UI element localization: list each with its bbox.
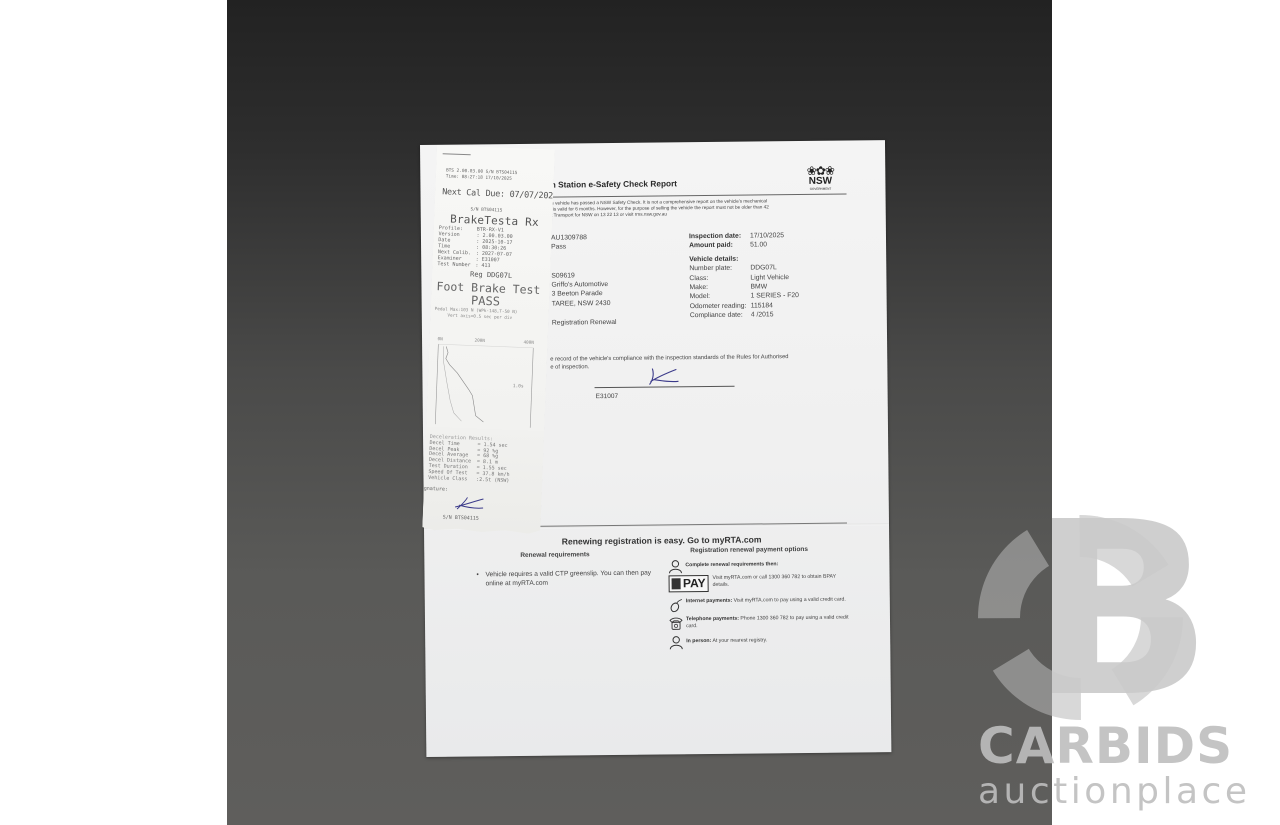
bpay-icon: PAY xyxy=(669,575,709,592)
mouse-icon xyxy=(669,598,683,612)
station-name: Griffo's Automotive xyxy=(551,280,616,290)
intro-paragraph: he vehicle has passed a NSW Safety Check… xyxy=(549,198,849,219)
compliance-statement: e record of the vehicle's compliance wit… xyxy=(550,353,850,372)
signature-mark xyxy=(646,366,682,386)
signature-line xyxy=(595,386,735,388)
test-info: Profile:BTR-RX-V1 Version: 2.00.03.00 Da… xyxy=(437,225,513,270)
requirement-item: Vehicle requires a valid CTP greenslip. … xyxy=(476,570,656,589)
tear-line xyxy=(443,153,471,155)
svg-text:1.0s: 1.0s xyxy=(513,383,524,389)
vehicle-row: Compliance date:4 /2015 xyxy=(690,310,799,321)
test-result: PASS xyxy=(471,293,500,308)
pedal-force-graph: 1.0s xyxy=(431,342,538,431)
station-town: TAREE, NSW 2430 xyxy=(552,299,617,309)
signature-mark xyxy=(453,495,488,512)
renewal-requirements-heading: Renewal requirements xyxy=(520,551,589,559)
deceleration-results: Deceleration Results: Decel Time= 1.54 s… xyxy=(428,435,511,484)
person-icon xyxy=(668,559,682,573)
inspection-details: Inspection date:17/10/2025 Amount paid:5… xyxy=(689,231,799,321)
nsw-government-logo: ❀✿❀ NSW GOVERNMENT xyxy=(800,165,840,191)
examiner-id: E31007 xyxy=(596,393,618,400)
vehicle-row: Class:Light Vehicle xyxy=(689,273,798,284)
inspection-purpose: Registration Renewal xyxy=(552,318,617,328)
watermark-letter: B xyxy=(1030,505,1213,715)
renewal-headline: Renewing registration is easy. Go to myR… xyxy=(424,533,889,548)
report-title: in Station e-Safety Check Report xyxy=(548,178,677,189)
payment-options-heading: Registration renewal payment options xyxy=(690,546,808,554)
next-calibration: Next Cal Due: 07/07/2027 xyxy=(442,187,558,201)
registration: Reg DDG07L xyxy=(470,270,512,280)
person-icon xyxy=(669,635,683,649)
amount-paid: 51.00 xyxy=(750,241,767,251)
telephone-icon xyxy=(669,616,683,630)
inspection-date: 17/10/2025 xyxy=(750,231,784,241)
vehicle-row: Model:1 SERIES - F20 xyxy=(690,291,799,302)
brake-test-receipt: BTS 2.00.03.00 S/N BTS04115 Time: 08:27:… xyxy=(422,145,555,534)
station-details: AU1309788 Pass S09619 Griffo's Automotiv… xyxy=(551,233,617,328)
